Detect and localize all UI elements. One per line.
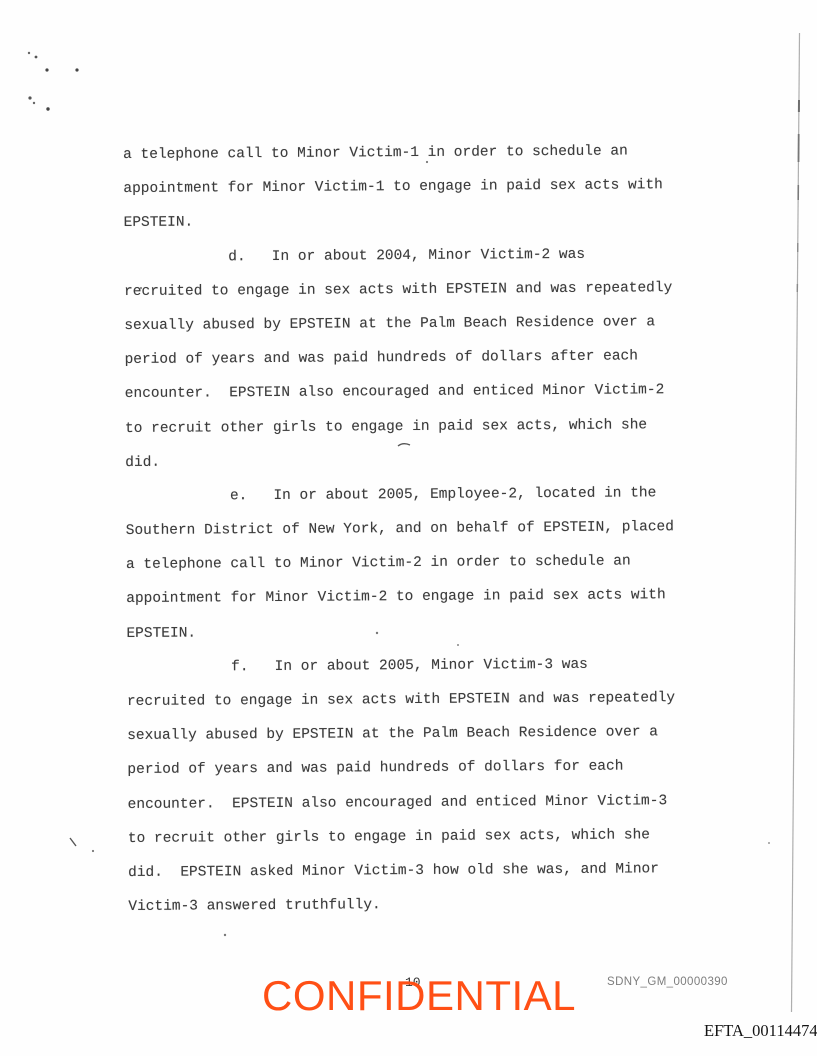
doc-line: recruited to engage in sex acts with EPS…: [127, 681, 727, 719]
doc-line: EPSTEIN.: [123, 202, 723, 240]
document-text: a telephone call to Minor Victim-1 in or…: [123, 134, 728, 924]
doc-line: appointment for Minor Victim-2 to engage…: [126, 578, 726, 616]
doc-line: encounter. EPSTEIN also encouraged and e…: [128, 783, 728, 821]
bates-number-efta: EFTA_00114474: [704, 1021, 817, 1041]
doc-line: period of years and was paid hundreds of…: [127, 749, 727, 787]
doc-line: to recruit other girls to engage in paid…: [128, 818, 728, 856]
doc-line: d. In or about 2004, Minor Victim-2 was: [124, 236, 724, 274]
doc-line: EPSTEIN.: [126, 612, 726, 650]
doc-line: appointment for Minor Victim-1 to engage…: [123, 168, 723, 206]
doc-line: Victim-3 answered truthfully.: [128, 886, 728, 924]
doc-line: sexually abused by EPSTEIN at the Palm B…: [124, 305, 724, 343]
doc-line: sexually abused by EPSTEIN at the Palm B…: [127, 715, 727, 753]
doc-line: to recruit other girls to engage in paid…: [125, 407, 725, 445]
doc-line: f. In or about 2005, Minor Victim-3 was: [127, 647, 727, 685]
doc-line: e. In or about 2005, Employee-2, located…: [125, 476, 725, 514]
doc-line: did. EPSTEIN asked Minor Victim-3 how ol…: [128, 852, 728, 890]
doc-line: a telephone call to Minor Victim-2 in or…: [126, 544, 726, 582]
doc-line: recruited to engage in sex acts with EPS…: [124, 271, 724, 309]
scanned-document-page: a telephone call to Minor Victim-1 in or…: [0, 0, 817, 1056]
doc-line: encounter. EPSTEIN also encouraged and e…: [125, 373, 725, 411]
doc-line: Southern District of New York, and on be…: [126, 510, 726, 548]
doc-line: a telephone call to Minor Victim-1 in or…: [123, 134, 723, 172]
doc-line: did.: [125, 441, 725, 479]
confidential-stamp: CONFIDENTIAL: [262, 972, 576, 1020]
bates-number-sdny: SDNY_GM_00000390: [607, 976, 728, 988]
doc-line: period of years and was paid hundreds of…: [124, 339, 724, 377]
